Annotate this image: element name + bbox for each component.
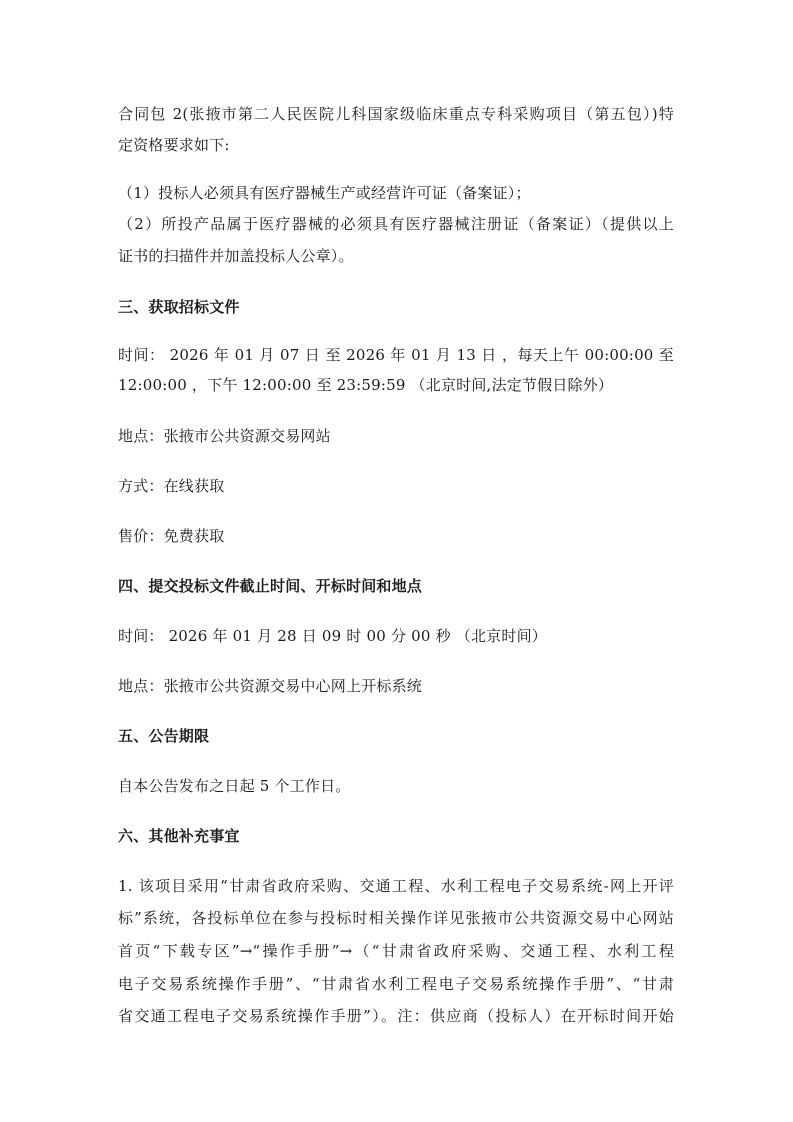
- document-page: 合同包 2(张掖市第二人民医院儿科国家级临床重点专科采购项目（第五包）)特 定资…: [0, 0, 793, 1122]
- package-intro-line-2: 定资格要求如下:: [118, 135, 674, 155]
- section-3-heading: 三、获取招标文件: [118, 297, 674, 317]
- section-3-location: 地点：张掖市公共资源交易网站: [118, 426, 674, 446]
- section-6-item-1-line-3: 首页“下载专区”→“操作手册”→（“甘肃省政府采购、交通工程、水利工程: [118, 941, 674, 961]
- section-6-item-1-line-2: 标”系统，各投标单位在参与投标时相关操作详见张掖市公共资源交易中心网站: [118, 908, 674, 928]
- section-5-heading: 五、公告期限: [118, 726, 674, 746]
- requirement-2-line-1: （2）所投产品属于医疗器械的必须具有医疗器械注册证（备案证）（提供以上: [118, 214, 674, 234]
- section-3-time-line-1: 时间： 2026 年 01 月 07 日 至 2026 年 01 月 13 日 …: [118, 345, 674, 365]
- requirement-1: （1）投标人必须具有医疗器械生产或经营许可证（备案证）；: [118, 183, 674, 203]
- package-intro-line-1: 合同包 2(张掖市第二人民医院儿科国家级临床重点专科采购项目（第五包）)特: [118, 104, 674, 124]
- section-3-time-line-2: 12:00:00 ，下午 12:00:00 至 23:59:59 （北京时间,法…: [118, 375, 674, 395]
- section-4-heading: 四、提交投标文件截止时间、开标时间和地点: [118, 576, 674, 596]
- section-6-heading: 六、其他补充事宜: [118, 826, 674, 846]
- section-4-time: 时间： 2026 年 01 月 28 日 09 时 00 分 00 秒 （北京时…: [118, 626, 674, 646]
- requirement-2-line-2: 证书的扫描件并加盖投标人公章）。: [118, 246, 674, 266]
- section-3-method: 方式：在线获取: [118, 476, 674, 496]
- section-3-price: 售价：免费获取: [118, 526, 674, 546]
- section-6-item-1-line-4: 电子交易系统操作手册”、“甘肃省水利工程电子交易系统操作手册”、“甘肃: [118, 974, 674, 994]
- section-6-item-1-line-1: 1. 该项目采用“甘肃省政府采购、交通工程、水利工程电子交易系统-网上开评: [118, 876, 674, 896]
- section-6-item-1-line-5: 省交通工程电子交易系统操作手册”）。注：供应商（投标人）在开标时间开始: [118, 1006, 674, 1026]
- section-4-location: 地点：张掖市公共资源交易中心网上开标系统: [118, 676, 674, 696]
- section-5-text: 自本公告发布之日起 5 个工作日。: [118, 776, 674, 796]
